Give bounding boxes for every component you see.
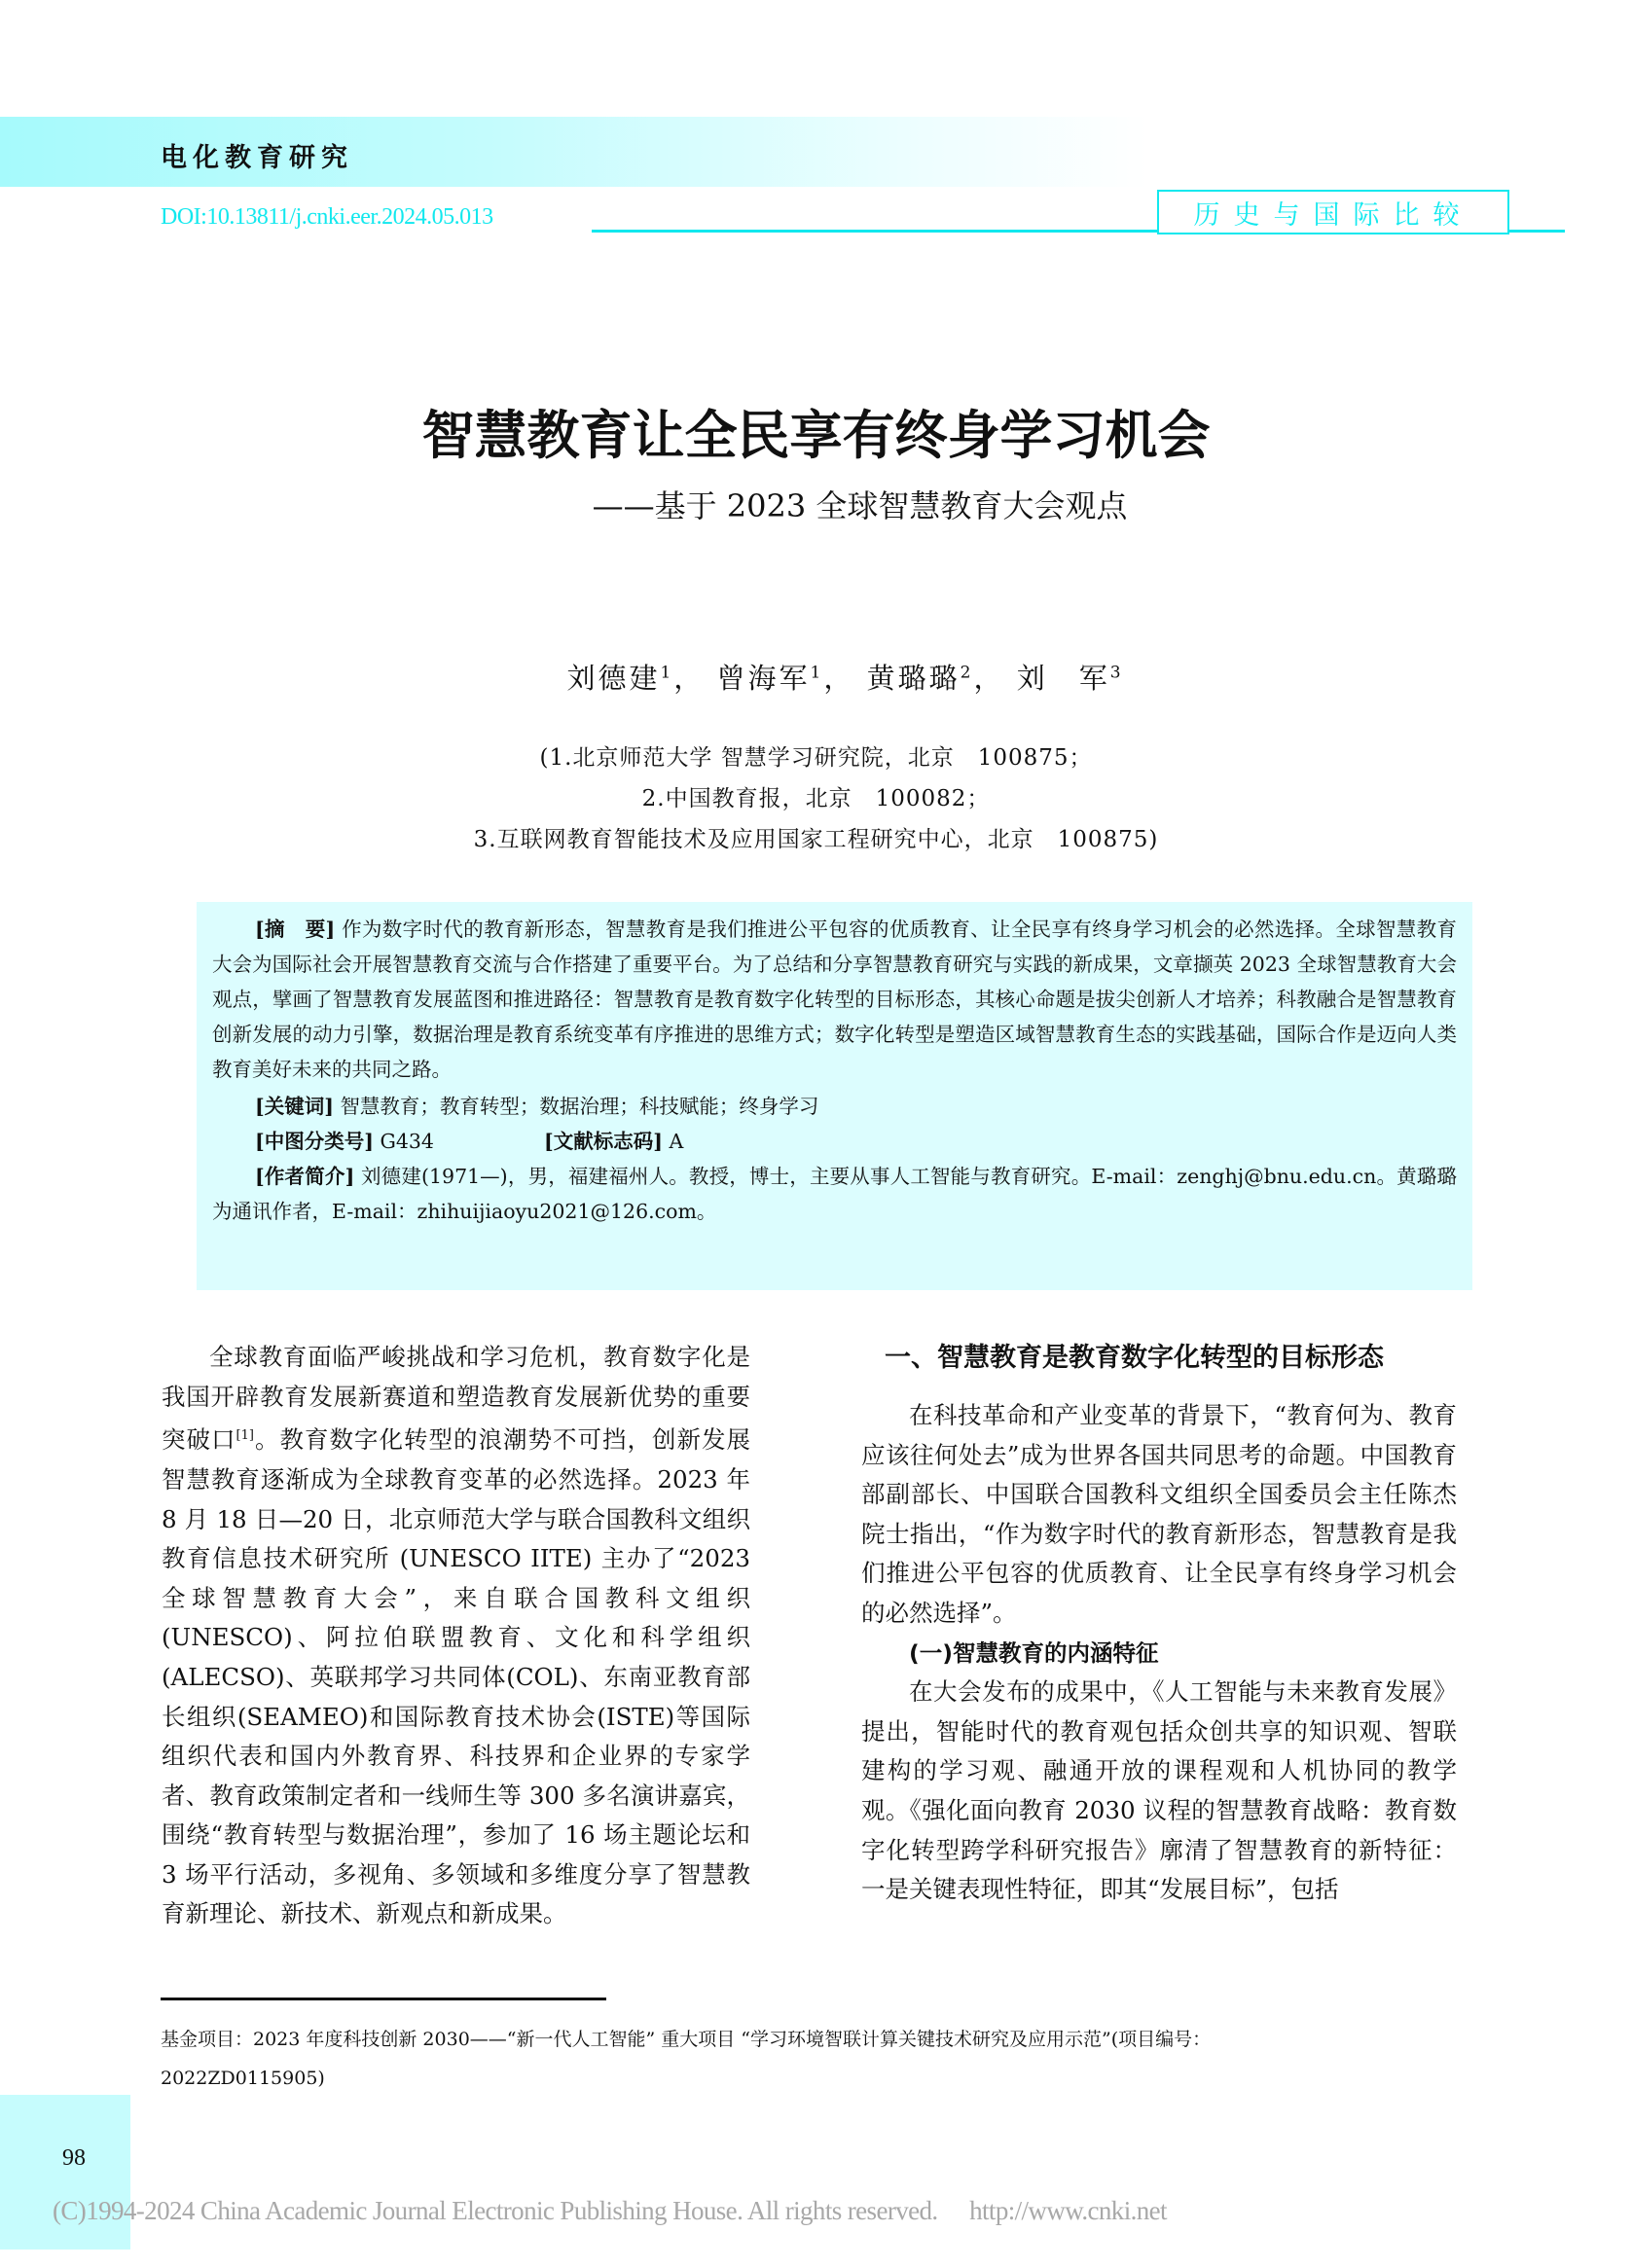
clc-label: [中图分类号]: [255, 1130, 374, 1153]
section-heading: 一、智慧教育是教育数字化转型的目标形态: [885, 1340, 1457, 1377]
body-paragraph: 在科技革命和产业变革的背景下，“教育何为、教育应该往何处去”成为世界各国共同思考…: [861, 1396, 1457, 1634]
keywords-text: 智慧教育；教育转型；数据治理；科技赋能；终身学习: [340, 1095, 818, 1118]
section-label: 历史与国际比较: [1157, 190, 1509, 234]
abstract-box: [摘 要] 作为数字时代的教育新形态，智慧教育是我们推进公平包容的优质教育、让全…: [197, 902, 1472, 1290]
affiliation-2: 2.中国教育报，北京 100082；: [0, 780, 1632, 812]
author-name: 黄璐璐: [867, 662, 961, 695]
footnote-line: 2022ZD0115905): [161, 2059, 1523, 2098]
footnote-line: 基金项目：2023 年度科技创新 2030——“新一代人工智能” 重大项目 “学…: [161, 2020, 1523, 2059]
body-column-left: 全球教育面临严峻挑战和学习危机，教育数字化是我国开辟教育发展新赛道和塑造教育发展…: [162, 1338, 750, 1934]
doc-code-value: A: [669, 1130, 683, 1153]
author-bio-text: 刘德建(1971—)，男，福建福州人。教授，博士，主要从事人工智能与教育研究。E…: [212, 1165, 1457, 1223]
clc-value: G434: [380, 1130, 434, 1153]
subsection-heading: (一)智慧教育的内涵特征: [861, 1634, 1457, 1674]
abstract-text: 作为数字时代的教育新形态，智慧教育是我们推进公平包容的优质教育、让全民享有终身学…: [212, 918, 1457, 1081]
author-bio-label: [作者简介]: [255, 1165, 354, 1188]
article-subtitle: ——基于 2023 全球智慧教育大会观点: [0, 482, 1632, 526]
author-affil-marker: 2: [961, 663, 974, 682]
journal-name: 电化教育研究: [161, 136, 353, 174]
abstract-paragraph: [摘 要] 作为数字时代的教育新形态，智慧教育是我们推进公平包容的优质教育、让全…: [212, 912, 1457, 1087]
doc-code-label: [文献标志码]: [544, 1130, 663, 1153]
copyright-watermark: (C)1994-2024 China Academic Journal Elec…: [53, 2189, 1167, 2227]
classification-line: [中图分类号] G434 [文献标志码] A: [212, 1124, 1457, 1159]
author-name: 刘 军: [1017, 662, 1110, 695]
body-paragraph: 在大会发布的成果中，《人工智能与未来教育发展》提出，智能时代的教育观包括众创共享…: [861, 1673, 1457, 1910]
author-bio-line: [作者简介] 刘德建(1971—)，男，福建福州人。教授，博士，主要从事人工智能…: [212, 1159, 1457, 1229]
author-affil-marker: 1: [660, 663, 673, 682]
abstract-label: [摘 要]: [255, 918, 335, 941]
author-affil-marker: 1: [811, 663, 824, 682]
funding-footnote: 基金项目：2023 年度科技创新 2030——“新一代人工智能” 重大项目 “学…: [161, 2020, 1523, 2098]
doi-link[interactable]: DOI:10.13811/j.cnki.eer.2024.05.013: [161, 204, 493, 231]
footnote-rule: [161, 1998, 606, 2000]
keywords-line: [关键词] 智慧教育；教育转型；数据治理；科技赋能；终身学习: [212, 1089, 1457, 1124]
body-column-right: 一、智慧教育是教育数字化转型的目标形态 在科技革命和产业变革的背景下，“教育何为…: [861, 1338, 1457, 1910]
citation-ref[interactable]: [1]: [236, 1428, 254, 1443]
author-name: 刘德建: [566, 662, 660, 695]
author-list: 刘德建1， 曾海军1， 黄璐璐2， 刘 军3: [0, 657, 1632, 697]
body-paragraph: 全球教育面临严峻挑战和学习危机，教育数字化是我国开辟教育发展新赛道和塑造教育发展…: [162, 1338, 750, 1934]
author-separator: ，: [823, 662, 854, 695]
author-name: 曾海军: [717, 662, 811, 695]
affiliation-3: 3.互联网教育智能技术及应用国家工程研究中心，北京 100875): [0, 821, 1632, 853]
author-separator: ，: [673, 662, 705, 695]
affiliation-1: (1.北京师范大学 智慧学习研究院，北京 100875；: [0, 739, 1632, 772]
author-affil-marker: 3: [1110, 663, 1124, 682]
keywords-label: [关键词]: [255, 1095, 334, 1118]
article-title: 智慧教育让全民享有终身学习机会: [0, 394, 1632, 469]
author-separator: ，: [973, 662, 1004, 695]
page-number: 98: [62, 2145, 86, 2172]
paragraph-text: 。教育数字化转型的浪潮势不可挡，创新发展智慧教育逐渐成为全球教育变革的必然选择。…: [162, 1425, 750, 1927]
